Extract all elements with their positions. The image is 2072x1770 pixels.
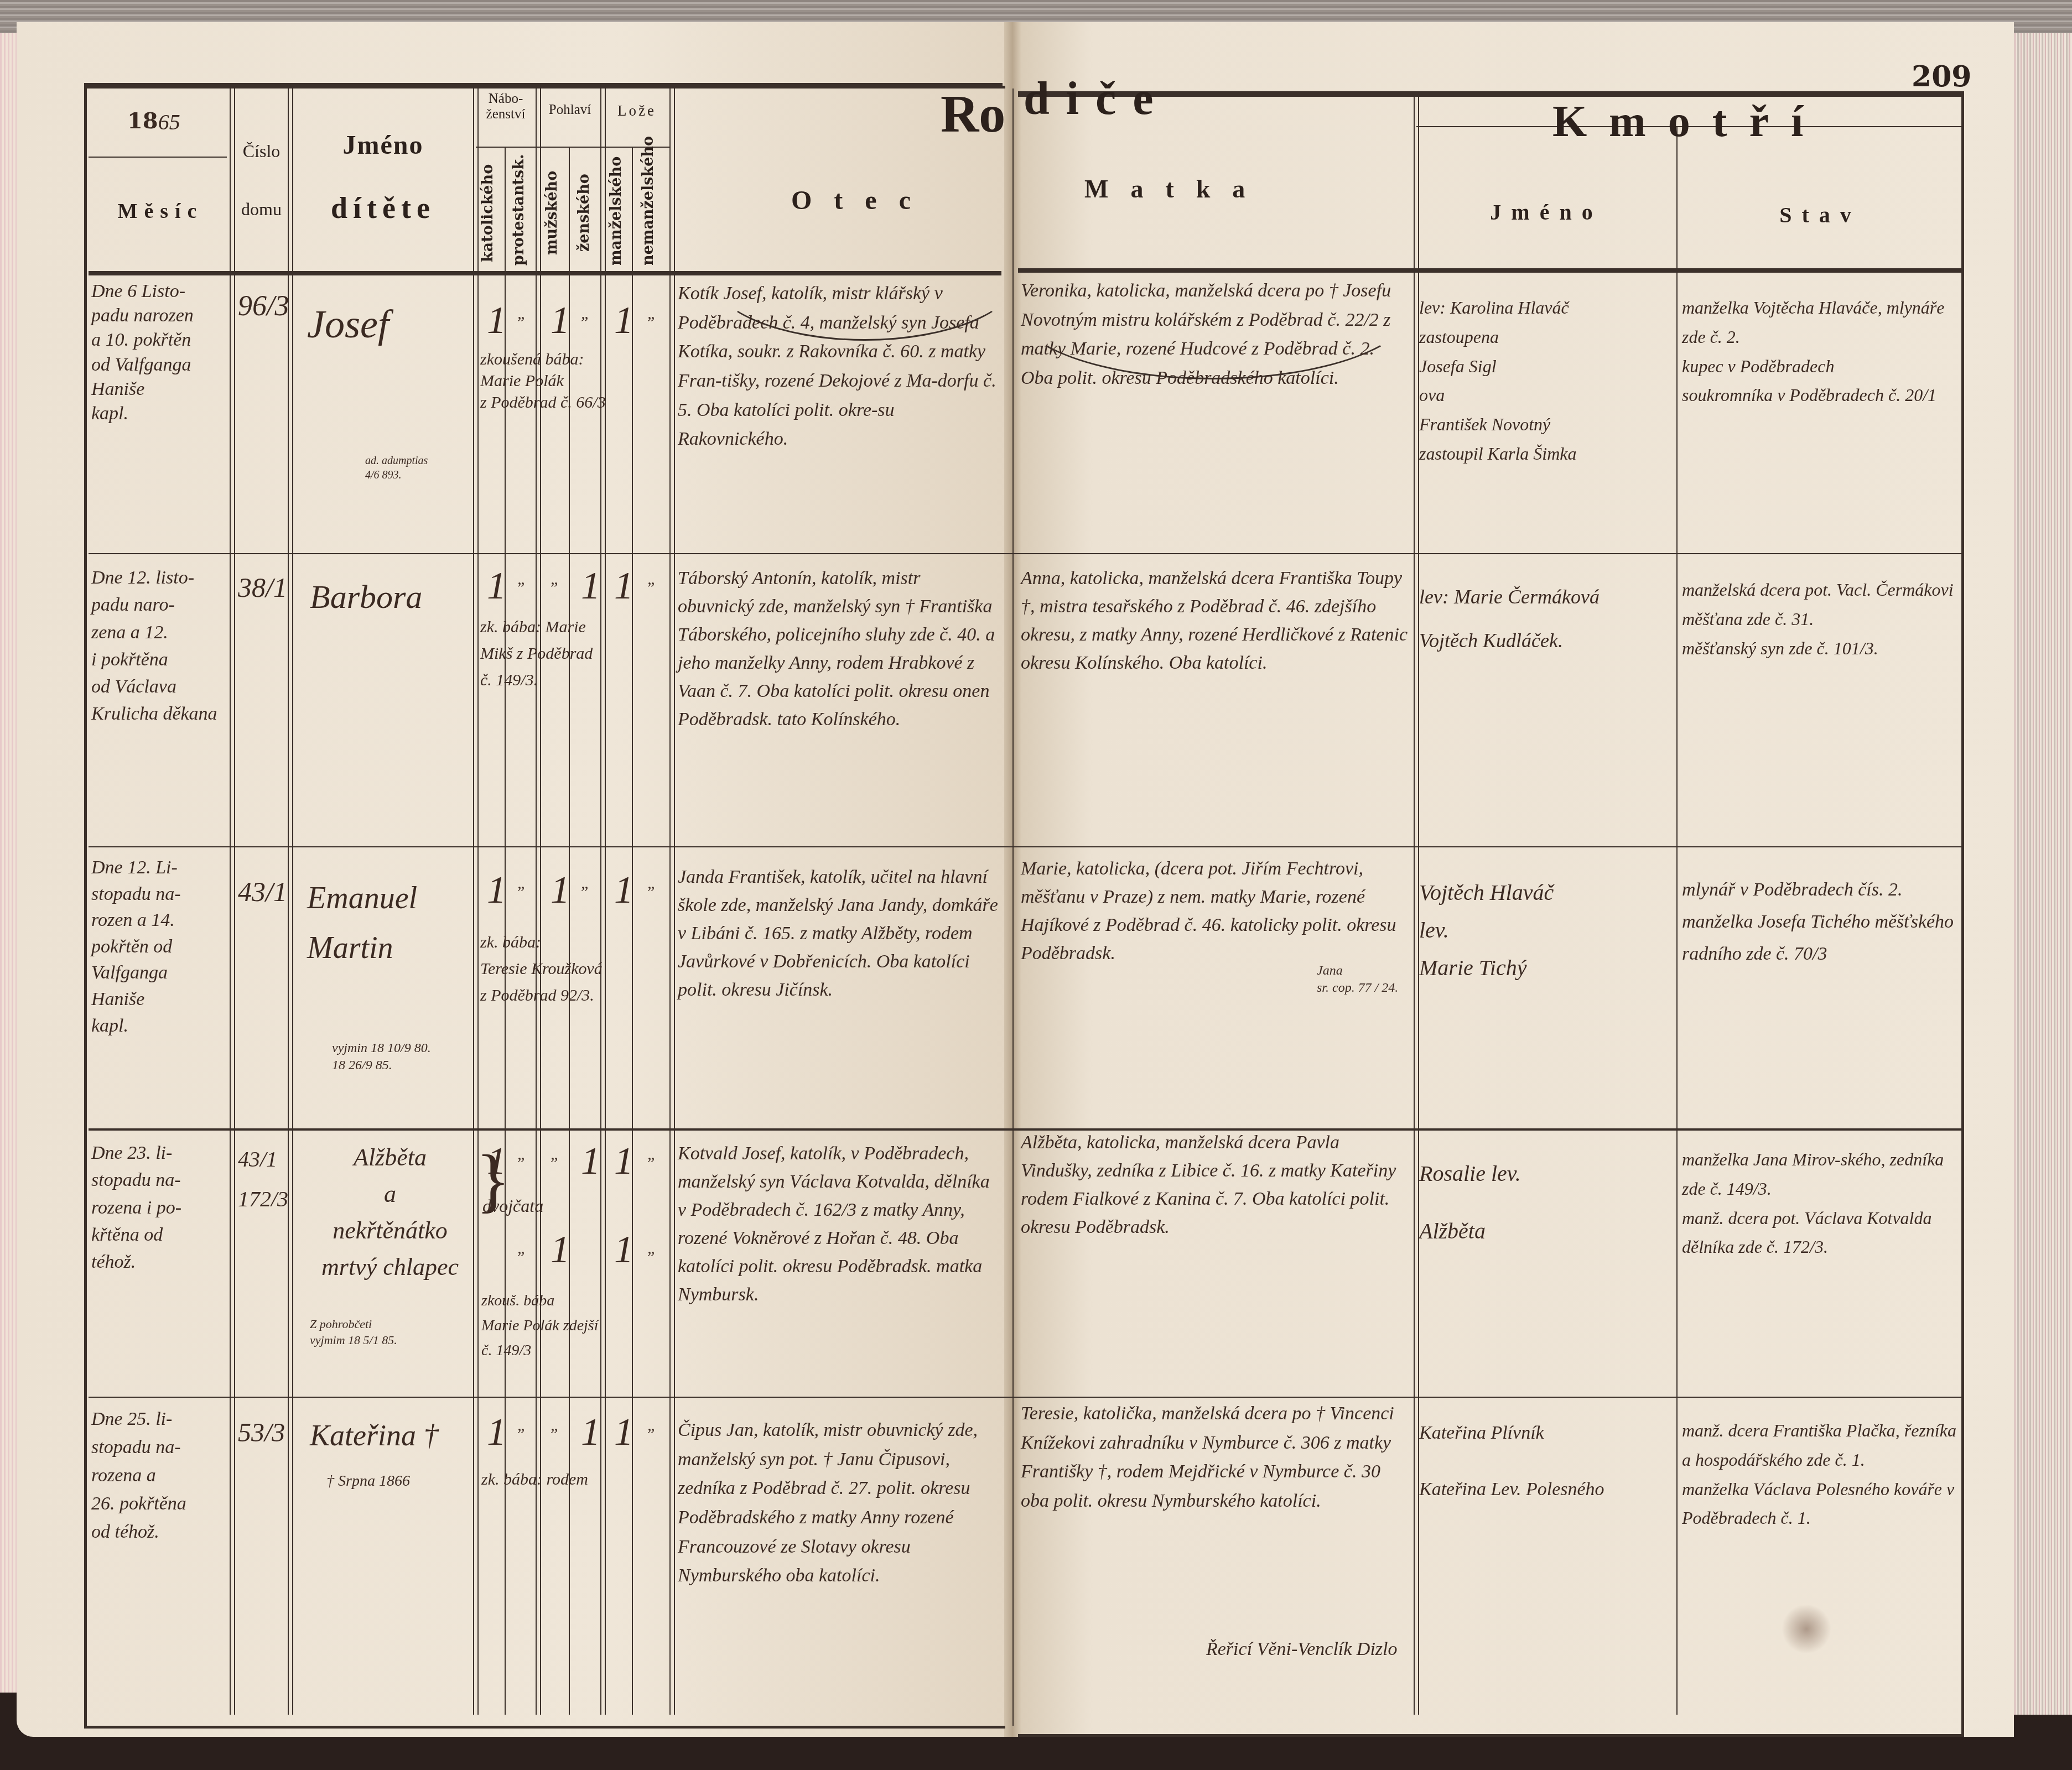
entry-3-mark-female: „ [581, 874, 590, 893]
entry-1-father: Kotík Josef, katolík, mistr klářský v Po… [678, 279, 999, 454]
entry-5-child: Kateřina † [310, 1416, 439, 1455]
year-label: 1865 [127, 108, 158, 134]
entry-5-child-note: † Srpna 1866 [326, 1471, 410, 1491]
entry-3-father: Janda František, katolík, učitel na hlav… [678, 863, 999, 1004]
entry-1-month: Dne 6 Listo- padu narozen a 10. pokřtěn … [91, 279, 232, 426]
header-religion: Nábo- ženství [476, 91, 536, 122]
entry-4-mark-female: 1 [581, 1139, 600, 1184]
entry-1-mark-protestant: „ [517, 304, 527, 323]
entry-4-mark-marital: 1 [614, 1139, 633, 1184]
entry-5-godparent-status: manž. dcera Františka Plačka, řezníka a … [1682, 1416, 1959, 1533]
entry-1-mark-catholic: 1 [487, 299, 506, 343]
header-sex: Pohlaví [539, 102, 600, 118]
header-parents-right: diče [1024, 72, 1170, 126]
entry-3-child: Emanuel Martin [307, 874, 417, 973]
header-house-no: Číslo [235, 141, 288, 162]
register-book: 209 1865 Měsíc Číslo domu Jméno dítěte N… [0, 0, 2072, 1770]
entry-5-godparent-name: Kateřina Plívník Kateřina Lev. Polesného [1419, 1405, 1674, 1518]
header-mother: Matka [1084, 174, 1267, 204]
year-handwritten: 65 [158, 108, 180, 137]
entry-5-mark-protestant: „ [517, 1416, 527, 1435]
col-line-godparent-name [1676, 127, 1678, 1715]
header-protestant: protestantsk. [510, 160, 527, 265]
entry-1-godparent-name: lev: Karolina Hlaváč zastoupena Josefa S… [1419, 293, 1674, 468]
header-house-domu: domu [235, 199, 288, 220]
entry-5-mark-female: 1 [581, 1410, 600, 1455]
entry-2-midwife: zk. bába: Marie Mikš z Poděbrad č. 149/3… [480, 614, 671, 694]
header-legitimacy: Lože [604, 102, 669, 119]
entry-3-mother-margin: Jana sr. cop. 77 / 24. [1317, 962, 1398, 997]
page-number: 209 [1912, 60, 1972, 93]
entry-4-mother: Alžběta, katolicka, manželská dcera Pavl… [1021, 1128, 1408, 1241]
header-father: Otec [791, 185, 933, 216]
entry-2-godparent-name: lev: Marie Čermáková Vojtěch Kudláček. [1419, 575, 1674, 663]
entry-5-mark-marital: 1 [614, 1410, 633, 1455]
entry-2-month: Dne 12. listo- padu naro- zena a 12. i p… [91, 564, 232, 728]
entry-5-midwife: zk. bába: rodem [481, 1469, 672, 1490]
header-godparents: Kmotří [1416, 97, 1961, 147]
year-printed: 18 [127, 108, 158, 134]
entry-3-month: Dne 12. Li- stopadu na- rozen a 14. pokř… [91, 855, 232, 1039]
entry-4-father: Kotvald Josef, katolík, v Poděbradech, m… [678, 1139, 999, 1309]
entry-4-mark2-protestant: „ [517, 1239, 527, 1258]
entry-1-mark-male: 1 [551, 299, 570, 343]
entry-4-godparent-status: manželka Jana Mirov-ského, zedníka zde č… [1682, 1145, 1959, 1262]
entry-5-month: Dne 25. li- stopadu na- rozena a 26. pok… [91, 1405, 232, 1546]
entry-1-child-note: ad. adumptias 4/6 893. [365, 454, 428, 482]
entry-2-mark-male: „ [551, 570, 560, 589]
header-parents-left: Ro [941, 83, 1005, 144]
entry-2-mother: Anna, katolicka, manželská dcera Františ… [1021, 564, 1408, 677]
entry-5-mark-nonmarital: „ [647, 1416, 657, 1435]
entry-4-child-note: Z pohrobčeti vyjmim 18 5/1 85. [310, 1316, 397, 1348]
entry-4-mark2-nonmarital: „ [647, 1239, 657, 1258]
header-nonmarital: nemanželského [640, 160, 657, 265]
entry-3-godparent-name: Vojtěch Hlaváč lev. Marie Tichý [1419, 874, 1674, 987]
entry-3-mother: Marie, katolicka, (dcera pot. Jiřím Fech… [1021, 855, 1408, 967]
entry-2-house: 38/1 [238, 570, 287, 606]
entry-1-godparent-status: manželka Vojtěcha Hlaváče, mlynáře zde č… [1682, 293, 1959, 410]
header-top-rule-left [84, 83, 1003, 87]
entry-4-twin-label: dvojčata [482, 1195, 543, 1218]
col-line-mother [1414, 94, 1419, 1715]
entry-1-mother: Veronika, katolicka, manželská dcera po … [1021, 277, 1408, 393]
entry-4-month: Dne 23. li- stopadu na- rozena i po- křt… [91, 1139, 232, 1276]
header-month: Měsíc [91, 199, 230, 223]
header-marital: manželského [607, 160, 625, 265]
entry-2-mark-female: 1 [581, 564, 600, 608]
entry-3-mark-marital: 1 [614, 868, 633, 913]
entry-4-mark-nonmarital: „ [647, 1145, 657, 1164]
entry-4-mark-catholic: 1 [487, 1139, 506, 1184]
entry-1-mark-female: „ [581, 304, 590, 323]
entry-5-house: 53/3 [238, 1416, 285, 1450]
page-stack-right-edge [2011, 33, 2072, 1715]
header-catholic: katolického [479, 160, 496, 265]
header-female: ženského [575, 160, 593, 265]
entry-2-mark-catholic: 1 [487, 564, 506, 608]
entry-1-mark-nonmarital: „ [647, 304, 657, 323]
entry-1-house: 96/3 [238, 288, 289, 325]
entry-4-mark2-male: 1 [551, 1228, 570, 1272]
entry-4-midwife: zkouš. bába Marie Polák zdejší č. 149/3 [481, 1289, 672, 1363]
entry-4-mark-protestant: „ [517, 1145, 527, 1164]
entry-2-godparent-status: manželská dcera pot. Vacl. Čermákovi měš… [1682, 575, 1959, 663]
entry-2-child: Barbora [310, 575, 422, 618]
entry-3-godparent-status: mlynář v Poděbradech čís. 2. manželka Jo… [1682, 874, 1959, 970]
entry-3-mark-nonmarital: „ [647, 874, 657, 893]
entry-5-father: Čipus Jan, katolík, mistr obuvnický zde,… [678, 1416, 999, 1591]
row-separator-4 [89, 1397, 1961, 1398]
entry-3-mark-male: 1 [551, 868, 570, 913]
entry-3-midwife: zk. bába: Teresie Kroužková z Poděbrad 9… [480, 929, 671, 1009]
header-child-ditete: dítěte [293, 191, 473, 225]
entry-1-child: Josef [307, 299, 389, 351]
month-sub-rule [89, 157, 227, 158]
ink-stain [1782, 1604, 1831, 1654]
entry-5-mark-male: „ [551, 1416, 560, 1435]
col-line-gutter [1012, 88, 1014, 1726]
entry-2-mark-marital: 1 [614, 564, 633, 608]
header-male: mužského [543, 160, 560, 265]
row-separator-1 [89, 553, 1961, 554]
header-child-name: Jméno [293, 130, 473, 160]
col-line-child [473, 88, 479, 1715]
entry-4-house: 43/1 172/3 [238, 1139, 288, 1219]
entry-3-mark-catholic: 1 [487, 868, 506, 913]
entry-3-mark-protestant: „ [517, 874, 527, 893]
entry-4-mark-male: „ [551, 1145, 560, 1164]
entry-5-mark-catholic: 1 [487, 1410, 506, 1455]
header-godparent-name: Jméno [1416, 199, 1676, 225]
entry-2-father: Táborský Antonín, katolík, mistr obuvnic… [678, 564, 999, 733]
entry-2-mark-nonmarital: „ [647, 570, 657, 589]
entry-4-godparent-name: Rosalie lev. Alžběta [1419, 1145, 1674, 1260]
entry-4-mark2-marital: 1 [614, 1228, 633, 1272]
entry-3-house: 43/1 [238, 874, 287, 910]
entry-5-signature: Řeřicí Věni-Venclík Dizlo [1206, 1637, 1398, 1662]
entry-3-child-note: vyjmin 18 10/9 80. 18 26/9 85. [332, 1040, 431, 1074]
entry-2-mark-protestant: „ [517, 570, 527, 589]
entry-4-child: Alžběta a nekřtěnátko mrtvý chlapec [307, 1139, 473, 1285]
header-godparent-status: Stav [1679, 202, 1961, 228]
col-line-house [288, 88, 293, 1715]
entry-5-mother: Teresie, katolička, manželská dcera po †… [1021, 1399, 1408, 1516]
entry-1-midwife: zkoušená bába: Marie Polák z Poděbrad č.… [480, 348, 671, 413]
row-separator-2 [89, 846, 1961, 847]
entry-1-mark-marital: 1 [614, 299, 633, 343]
